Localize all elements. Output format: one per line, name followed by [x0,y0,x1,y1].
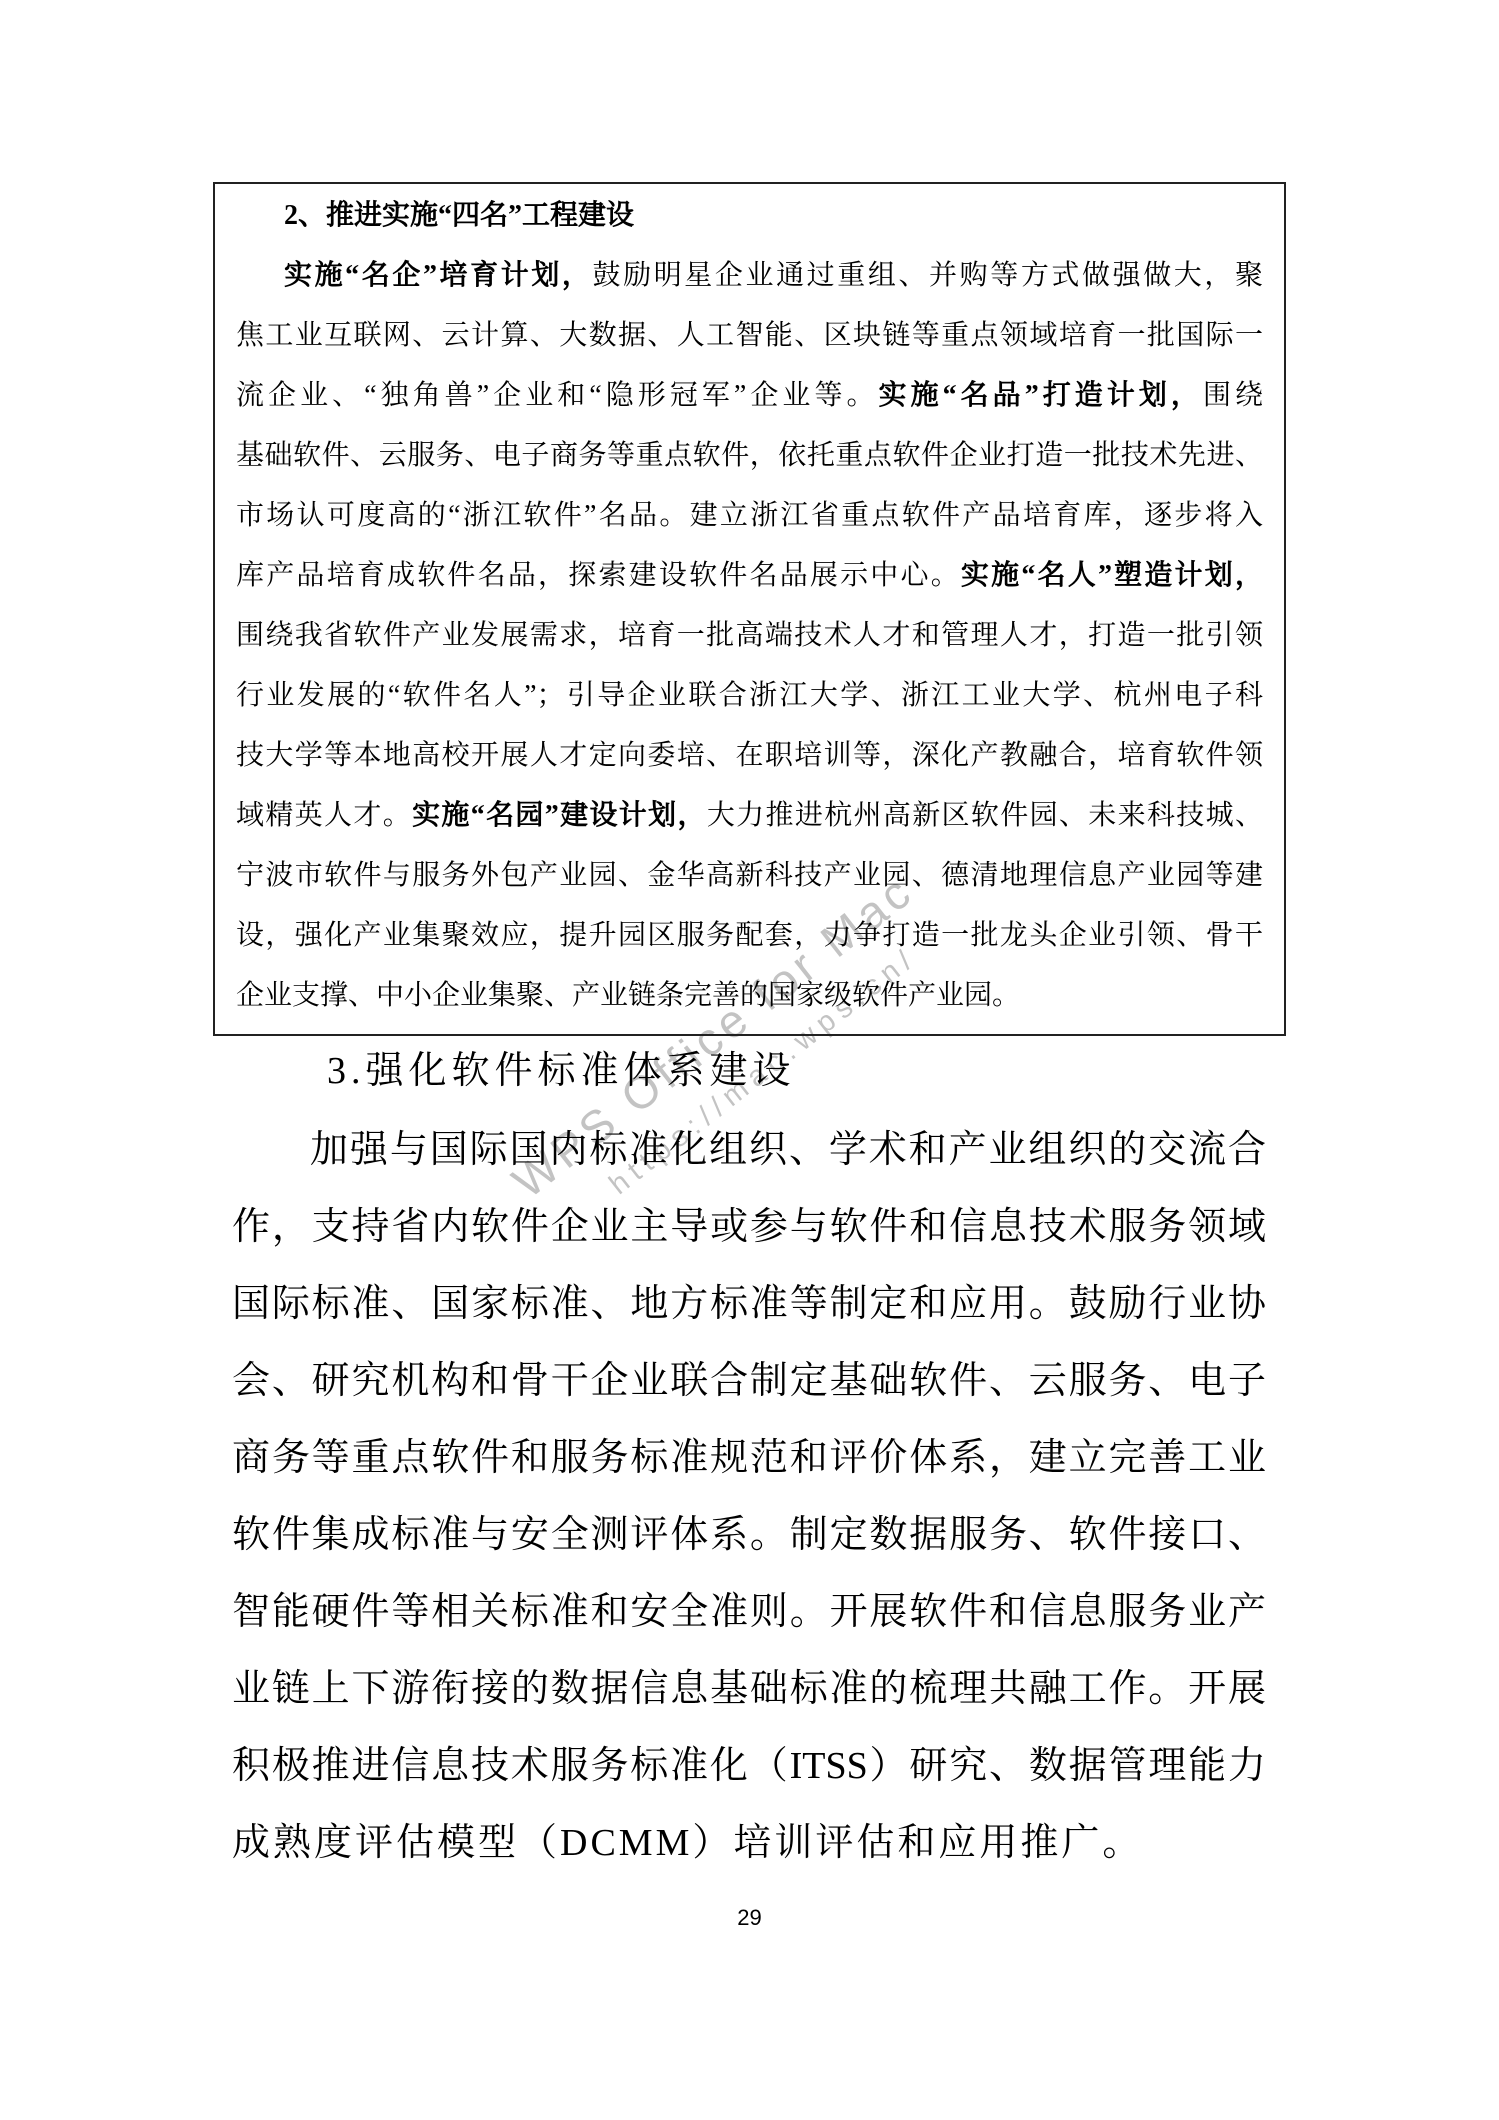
box-heading: 2、推进实施“四名”工程建设 [236,186,1263,246]
text-run: 流企业、“独角兽”企业和“隐形冠军”企业等。 [236,380,879,411]
box-text-line: 焦工业互联网、云计算、大数据、人工智能、区块链等重点领域培育一批国际一 [236,306,1263,366]
text-run: 市场认可度高的“浙江软件”名品。建立浙江省重点软件产品培育库，逐步将入 [236,500,1263,531]
text-run: 鼓励明星企业通过重组、并购等方式做强做大，聚 [593,260,1263,291]
box-text-line: 行业发展的“软件名人”；引导企业联合浙江大学、浙江工业大学、杭州电子科 [236,666,1263,726]
bold-text-run: 实施“名园”建设计划， [412,800,707,831]
text-run: 宁波市软件与服务外包产业园、金华高新科技产业园、德清地理信息产业园等建 [236,860,1263,891]
text-run: 加强与国际国内标准化组织、学术和产业组织的交流合 [310,1129,1266,1171]
document-page: WPS Office for Mac https://mac.wps.cn/ 2… [0,0,1499,2120]
page-number: 29 [0,1903,1499,1933]
box-text-line: 宁波市软件与服务外包产业园、金华高新科技产业园、德清地理信息产业园等建 [236,846,1263,906]
text-run: 行业发展的“软件名人”；引导企业联合浙江大学、浙江工业大学、杭州电子科 [236,680,1263,711]
text-run: 大力推进杭州高新区软件园、未来科技城、 [707,800,1263,831]
text-run: 库产品培育成软件名品，探索建设软件名品展示中心。 [236,560,961,591]
section3-text-line: 软件集成标准与安全测评体系。制定数据服务、软件接口、 [232,1497,1266,1574]
section3-text-line: 国际标准、国家标准、地方标准等制定和应用。鼓励行业协 [232,1266,1266,1343]
box-paragraph: 实施“名企”培育计划，鼓励明星企业通过重组、并购等方式做强做大，聚焦工业互联网、… [236,246,1263,1026]
text-run: 成熟度评估模型（DCMM）培训评估和应用推广。 [232,1822,1143,1864]
box-text-line: 流企业、“独角兽”企业和“隐形冠军”企业等。实施“名品”打造计划，围绕 [236,366,1263,426]
section3-text-line: 加强与国际国内标准化组织、学术和产业组织的交流合 [232,1112,1266,1189]
text-run: 设，强化产业集聚效应，提升园区服务配套，力争打造一批龙头企业引领、骨干 [236,920,1263,951]
box-text-line: 基础软件、云服务、电子商务等重点软件，依托重点软件企业打造一批技术先进、 [236,426,1263,486]
box-text-line: 市场认可度高的“浙江软件”名品。建立浙江省重点软件产品培育库，逐步将入 [236,486,1263,546]
text-run: 积极推进信息技术服务标准化（ITSS）研究、数据管理能力 [232,1745,1266,1787]
box-text-line: 技大学等本地高校开展人才定向委培、在职培训等，深化产教融合，培育软件领 [236,726,1263,786]
box-text-line: 围绕我省软件产业发展需求，培育一批高端技术人才和管理人才，打造一批引领 [236,606,1263,666]
text-run: 作，支持省内软件企业主导或参与软件和信息技术服务领域 [232,1206,1266,1248]
section3-text-line: 商务等重点软件和服务标准规范和评价体系，建立完善工业 [232,1420,1266,1497]
text-run: 智能硬件等相关标准和安全准则。开展软件和信息服务业产 [232,1591,1266,1633]
text-run: 围绕我省软件产业发展需求，培育一批高端技术人才和管理人才，打造一批引领 [236,620,1263,651]
text-run: 业链上下游衔接的数据信息基础标准的梳理共融工作。开展 [232,1668,1266,1710]
box-text-line: 实施“名企”培育计划，鼓励明星企业通过重组、并购等方式做强做大，聚 [236,246,1263,306]
section3-text-line: 会、研究机构和骨干企业联合制定基础软件、云服务、电子 [232,1343,1266,1420]
section3-text-line: 积极推进信息技术服务标准化（ITSS）研究、数据管理能力 [232,1728,1266,1805]
text-run: 会、研究机构和骨干企业联合制定基础软件、云服务、电子 [232,1360,1266,1402]
bold-text-run: 实施“名人”塑造计划， [961,560,1263,591]
section3-text-line: 成熟度评估模型（DCMM）培训评估和应用推广。 [232,1805,1266,1882]
bold-text-run: 实施“名品”打造计划， [879,380,1203,411]
text-run: 商务等重点软件和服务标准规范和评价体系，建立完善工业 [232,1437,1266,1479]
section3-text-line: 作，支持省内软件企业主导或参与软件和信息技术服务领域 [232,1189,1266,1266]
section3-paragraph: 加强与国际国内标准化组织、学术和产业组织的交流合作，支持省内软件企业主导或参与软… [232,1112,1266,1882]
text-run: 焦工业互联网、云计算、大数据、人工智能、区块链等重点领域培育一批国际一 [236,320,1263,351]
box-text-line: 库产品培育成软件名品，探索建设软件名品展示中心。实施“名人”塑造计划， [236,546,1263,606]
text-run: 企业支撑、中小企业集聚、产业链条完善的国家级软件产业园。 [236,980,1020,1011]
section3-text-line: 业链上下游衔接的数据信息基础标准的梳理共融工作。开展 [232,1651,1266,1728]
text-run: 围绕 [1203,380,1263,411]
box-text-line: 企业支撑、中小企业集聚、产业链条完善的国家级软件产业园。 [236,966,1263,1026]
section3-text-line: 智能硬件等相关标准和安全准则。开展软件和信息服务业产 [232,1574,1266,1651]
bold-text-run: 实施“名企”培育计划， [284,260,593,291]
text-run: 软件集成标准与安全测评体系。制定数据服务、软件接口、 [232,1514,1266,1556]
text-run: 技大学等本地高校开展人才定向委培、在职培训等，深化产教融合，培育软件领 [236,740,1263,771]
box-text-line: 域精英人才。实施“名园”建设计划，大力推进杭州高新区软件园、未来科技城、 [236,786,1263,846]
text-run: 域精英人才。 [236,800,412,831]
section3-heading: 3.强化软件标准体系建设 [232,1042,796,1100]
box-text-line: 设，强化产业集聚效应，提升园区服务配套，力争打造一批龙头企业引领、骨干 [236,906,1263,966]
bordered-text-box: 2、推进实施“四名”工程建设 实施“名企”培育计划，鼓励明星企业通过重组、并购等… [213,182,1286,1036]
text-run: 基础软件、云服务、电子商务等重点软件，依托重点软件企业打造一批技术先进、 [236,440,1263,471]
text-run: 国际标准、国家标准、地方标准等制定和应用。鼓励行业协 [232,1283,1266,1325]
